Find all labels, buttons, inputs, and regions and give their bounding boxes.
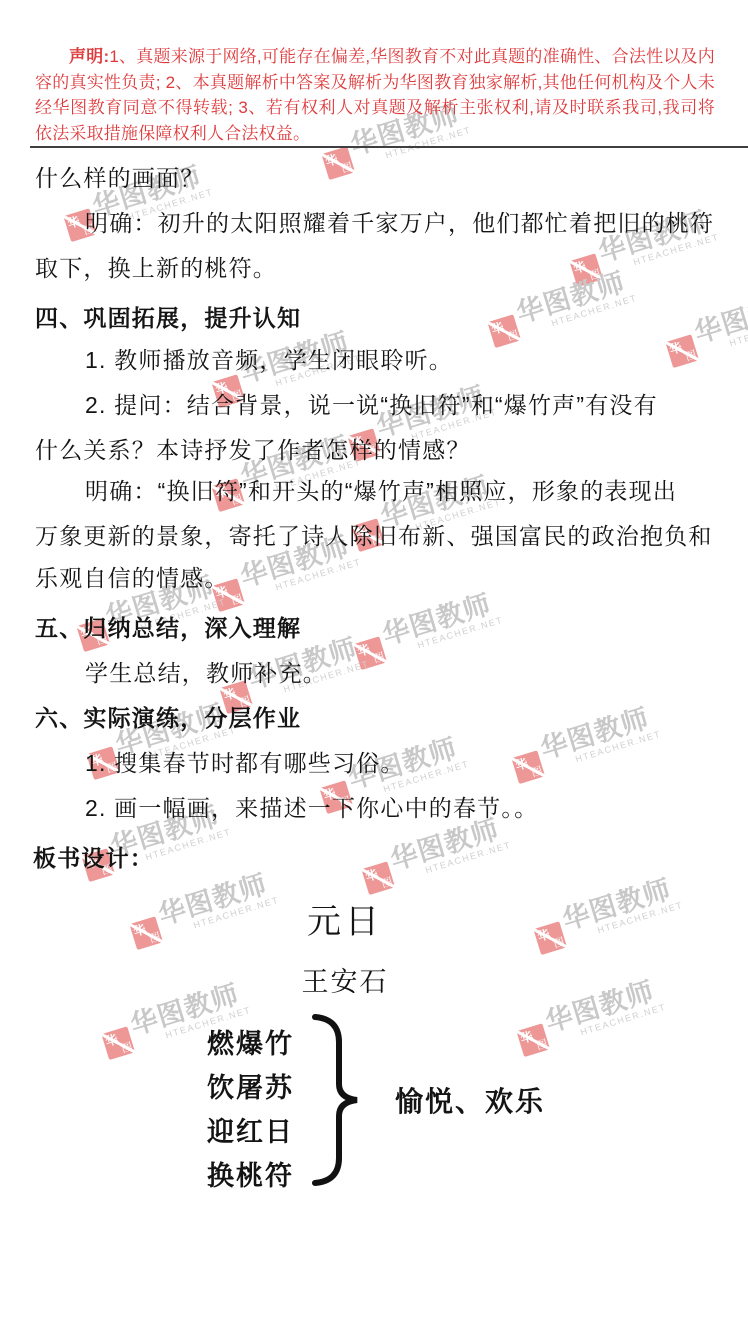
body-line: 取下，换上新的桃符。 (35, 250, 277, 283)
body-line: 什么样的画面？ (35, 160, 204, 193)
section-heading: 板书设计： (33, 840, 154, 873)
watermark-domain: HTEACHER.NET (579, 1002, 667, 1038)
board-author: 王安石 (35, 960, 655, 999)
watermark-brand: 华图教师 (537, 701, 660, 765)
watermark-domain: HTEACHER.NET (574, 729, 662, 765)
board-item: 燃爆竹 (207, 1022, 294, 1061)
document-page: 声明:1、真题来源于网络,可能存在偏差,华图教育不对此真题的准确性、合法性以及内… (0, 0, 748, 1335)
huatu-logo-icon: 华图 (321, 146, 355, 180)
huatu-logo-icon: 华图 (353, 636, 387, 670)
section-heading: 五、归纳总结，深入理解 (35, 610, 301, 643)
body-line: 2. 提问：结合背景，说一说“换旧符”和“爆竹声”有没有 (85, 387, 658, 420)
disclaimer: 声明:1、真题来源于网络,可能存在偏差,华图教育不对此真题的准确性、合法性以及内… (35, 44, 715, 146)
body-line: 什么关系？本诗抒发了作者怎样的情感？ (35, 432, 471, 465)
body-line: 乐观自信的情感。 (35, 560, 229, 593)
disclaimer-label: 声明: (69, 47, 109, 66)
watermark-domain: HTEACHER.NET (550, 293, 638, 329)
board-item: 饮屠苏 (207, 1066, 294, 1105)
body-line: 2. 画一幅画，来描述一下你心中的春节。。 (85, 790, 538, 823)
huatu-logo-icon: 华图 (101, 1026, 135, 1060)
body-line: 明确：“换旧符”和开头的“爆竹声”相照应，形象的表现出 (85, 473, 677, 506)
disclaimer-text: 1、真题来源于网络,可能存在偏差,华图教育不对此真题的准确性、合法性以及内容的真… (35, 47, 715, 143)
huatu-watermark: 华图华图教师HTEACHER.NET (349, 587, 505, 670)
huatu-logo-icon: 华图 (516, 1023, 550, 1057)
watermark-domain: HTEACHER.NET (424, 840, 512, 876)
body-line: 万象更新的景象，寄托了诗人除旧布新、强国富民的政治抱负和 (35, 518, 713, 551)
watermark-brand: 华图教师 (379, 587, 502, 651)
watermark-brand: 华图教师 (691, 285, 748, 349)
separator-line (30, 146, 748, 148)
huatu-logo-icon: 华图 (361, 861, 395, 895)
watermark-brand: 华图教师 (513, 265, 636, 329)
board-item: 换桃符 (207, 1154, 294, 1193)
board-item: 迎红日 (207, 1110, 294, 1149)
huatu-watermark: 华图华图教师HTEACHER.NET (661, 285, 748, 368)
huatu-logo-icon: 华图 (569, 253, 603, 287)
board-title: 元日 (35, 894, 655, 943)
watermark-domain: HTEACHER.NET (274, 557, 362, 593)
watermark-domain: HTEACHER.NET (728, 313, 748, 349)
section-heading: 四、巩固拓展，提升认知 (35, 300, 301, 333)
huatu-watermark: 华图华图教师HTEACHER.NET (357, 812, 513, 895)
body-line: 1. 搜集春节时都有哪些习俗。 (85, 745, 405, 778)
section-heading: 六、实际演练，分层作业 (35, 700, 301, 733)
body-line: 学生总结，教师补充。 (85, 655, 327, 688)
body-line: 1. 教师播放音频，学生闭眼聆听。 (85, 342, 453, 375)
huatu-logo-icon: 华图 (665, 334, 699, 368)
watermark-domain: HTEACHER.NET (416, 615, 504, 651)
huatu-logo-icon: 华图 (487, 314, 521, 348)
huatu-logo-icon: 华图 (511, 750, 545, 784)
huatu-watermark: 华图华图教师HTEACHER.NET (507, 701, 663, 784)
board-result: 愉悦、欢乐 (395, 1080, 545, 1120)
right-curly-brace-icon (305, 1012, 363, 1188)
huatu-watermark: 华图华图教师HTEACHER.NET (483, 265, 639, 348)
watermark-domain: HTEACHER.NET (144, 827, 232, 863)
body-line: 明确：初升的太阳照耀着千家万户，他们都忙着把旧的桃符 (85, 205, 714, 238)
